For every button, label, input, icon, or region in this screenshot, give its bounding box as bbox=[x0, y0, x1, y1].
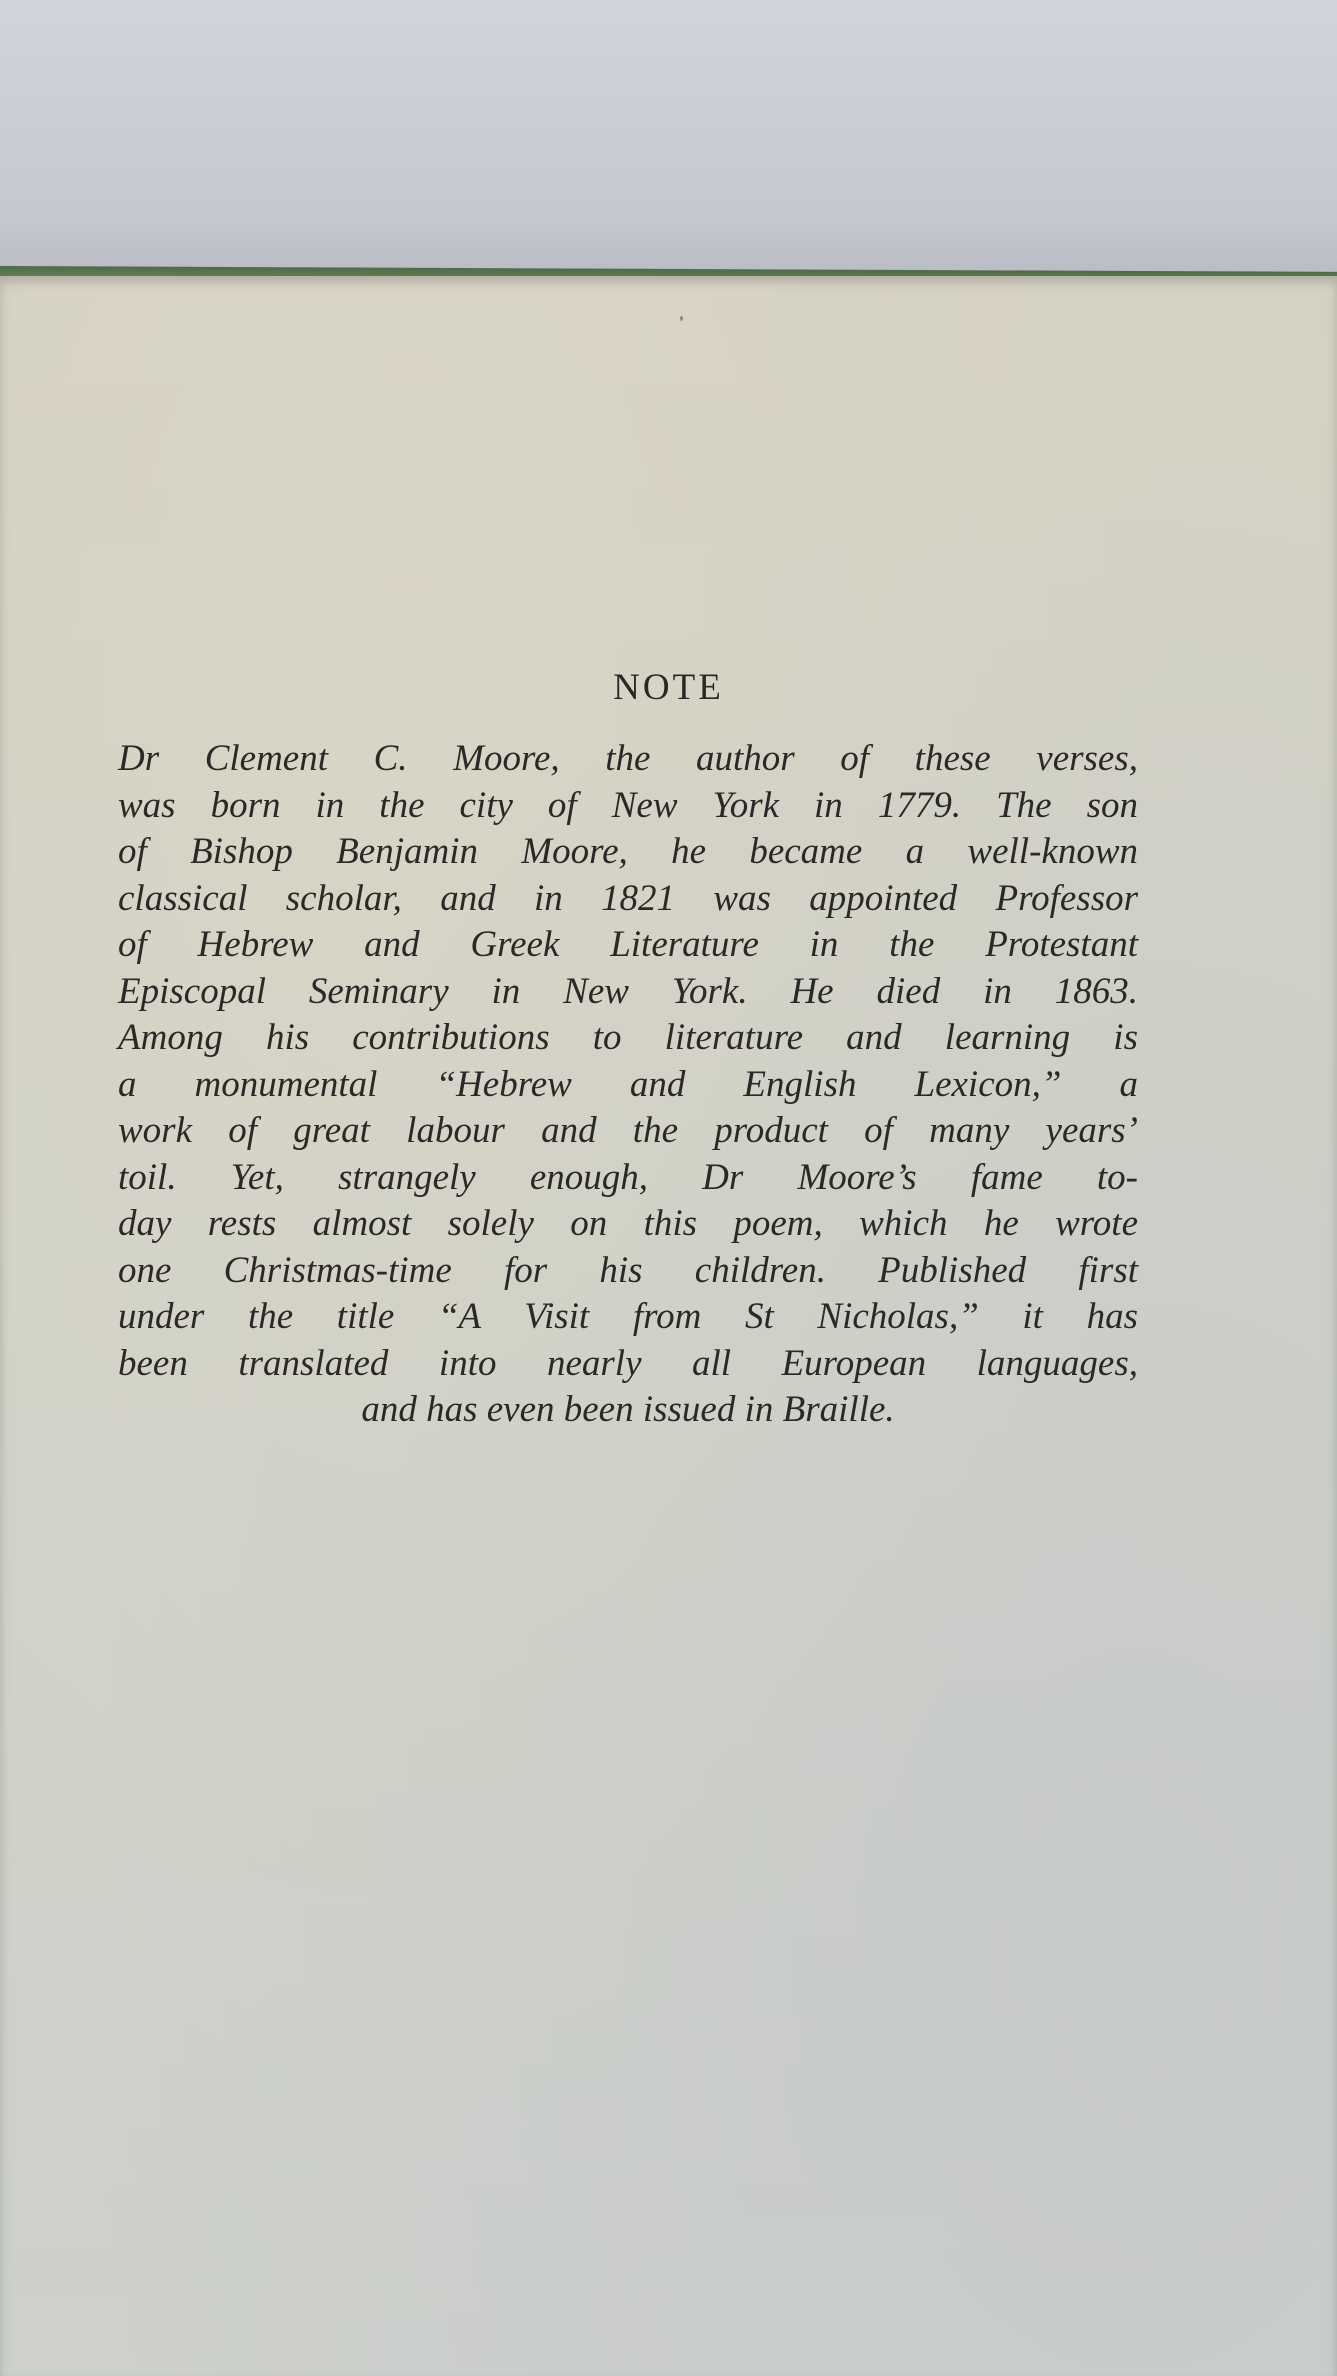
text-line: work of great labour and the product of … bbox=[118, 1108, 1138, 1155]
text-line: of Hebrew and Greek Literature in the Pr… bbox=[118, 922, 1138, 969]
text-line: a monumental “Hebrew and English Lexicon… bbox=[118, 1062, 1138, 1109]
text-line-last: and has even been issued in Braille. bbox=[118, 1387, 1138, 1434]
text-line: under the title “A Visit from St Nichola… bbox=[118, 1294, 1138, 1341]
text-line: Episcopal Seminary in New York. He died … bbox=[118, 969, 1138, 1016]
text-line: been translated into nearly all European… bbox=[118, 1341, 1138, 1388]
text-line: of Bishop Benjamin Moore, he became a we… bbox=[118, 829, 1138, 876]
text-line: Dr Clement C. Moore, the author of these… bbox=[118, 736, 1138, 783]
text-line: one Christmas-time for his children. Pub… bbox=[118, 1248, 1138, 1295]
page-heading: NOTE bbox=[0, 666, 1337, 709]
background-surface bbox=[0, 0, 1337, 275]
note-paragraph: Dr Clement C. Moore, the author of these… bbox=[118, 736, 1138, 1434]
text-line: was born in the city of New York in 1779… bbox=[118, 783, 1138, 830]
text-line: classical scholar, and in 1821 was appoi… bbox=[118, 876, 1138, 923]
paper-speck bbox=[680, 316, 683, 321]
text-line: day rests almost solely on this poem, wh… bbox=[118, 1201, 1138, 1248]
text-line: Among his contributions to literature an… bbox=[118, 1015, 1138, 1062]
text-line: toil. Yet, strangely enough, Dr Moore’s … bbox=[118, 1155, 1138, 1202]
book-page: NOTE Dr Clement C. Moore, the author of … bbox=[0, 276, 1337, 2376]
